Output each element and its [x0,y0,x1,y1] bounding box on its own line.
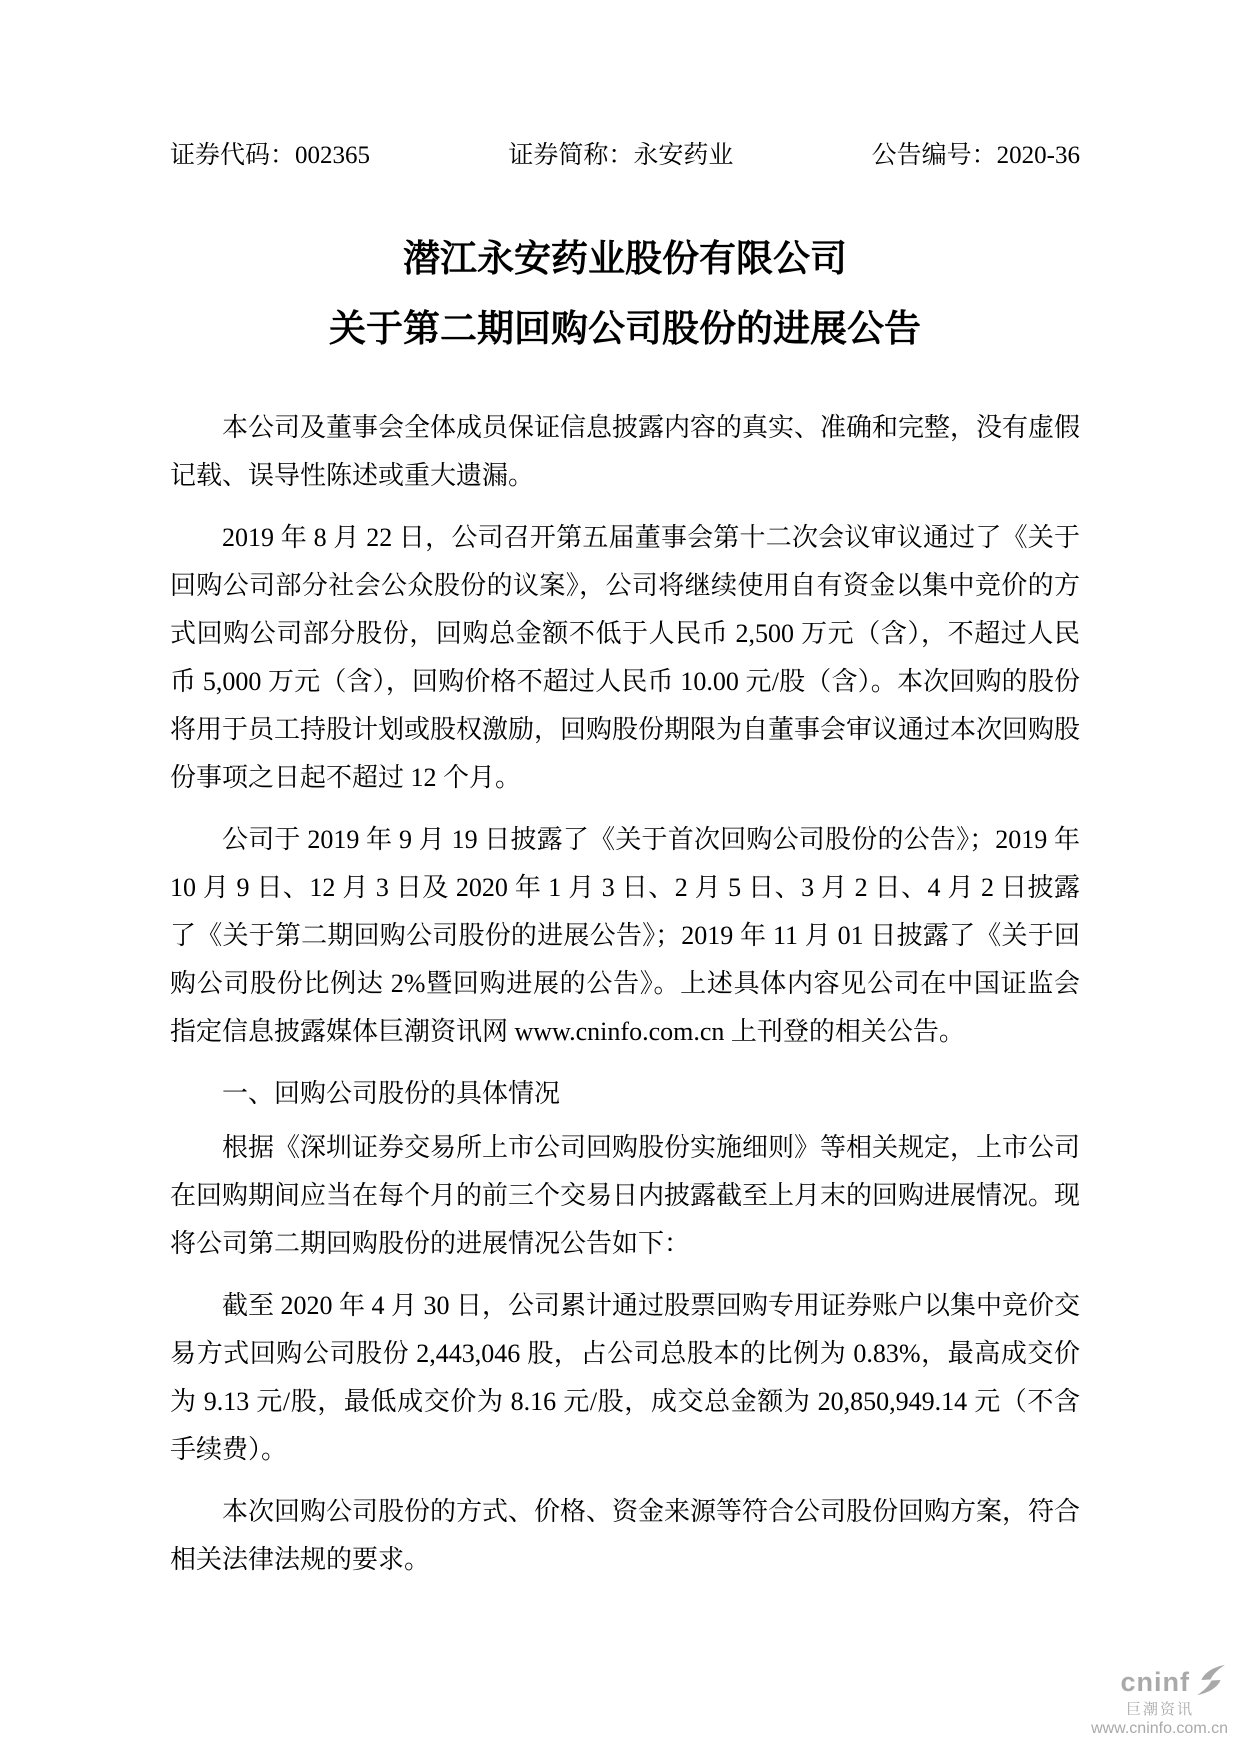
paragraph-compliance: 本次回购公司股份的方式、价格、资金来源等符合公司股份回购方案，符合相关法律法规的… [170,1488,1080,1584]
cninfo-brand-chinese: 巨潮资讯 [1091,1702,1194,1719]
stock-name-label: 证券简称：永安药业 [508,140,733,172]
announcement-document: 证券代码：002365 证券简称：永安药业 公告编号：2020-36 潜江永安药… [170,140,1080,1598]
stock-code-label: 证券代码：002365 [170,140,370,172]
cninfo-swoosh-icon [1194,1664,1228,1701]
document-header-row: 证券代码：002365 证券简称：永安药业 公告编号：2020-36 [170,140,1080,172]
company-name-title: 潜江永安药业股份有限公司 [170,224,1080,294]
paragraph-disclosure-rules: 根据《深圳证券交易所上市公司回购股份实施细则》等相关规定，上市公司在回购期间应当… [170,1124,1080,1268]
paragraph-prior-disclosures: 公司于 2019 年 9 月 19 日披露了《关于首次回购公司股份的公告》；20… [170,816,1080,1056]
document-body: 本公司及董事会全体成员保证信息披露内容的真实、准确和完整，没有虚假记载、误导性陈… [170,404,1080,1584]
section-1-heading: 一、回购公司股份的具体情况 [170,1070,1080,1118]
announcement-number-label: 公告编号：2020-36 [872,140,1080,172]
document-page: { "header": { "stock_code": "证券代码：002365… [0,0,1240,1754]
cninfo-watermark: cninf 巨潮资讯 www.cninfo.com.cn [1091,1664,1228,1738]
announcement-title: 关于第二期回购公司股份的进展公告 [170,294,1080,364]
paragraph-progress-detail: 截至 2020 年 4 月 30 日，公司累计通过股票回购专用证券账户以集中竞价… [170,1282,1080,1474]
cninfo-logo-row: cninf [1091,1664,1228,1701]
document-title: 潜江永安药业股份有限公司 关于第二期回购公司股份的进展公告 [170,224,1080,364]
cninfo-logo-text: cninf [1121,1668,1191,1698]
cninfo-url: www.cninfo.com.cn [1091,1720,1228,1738]
paragraph-disclaimer: 本公司及董事会全体成员保证信息披露内容的真实、准确和完整，没有虚假记载、误导性陈… [170,404,1080,500]
paragraph-buyback-plan: 2019 年 8 月 22 日，公司召开第五届董事会第十二次会议审议通过了《关于… [170,514,1080,802]
